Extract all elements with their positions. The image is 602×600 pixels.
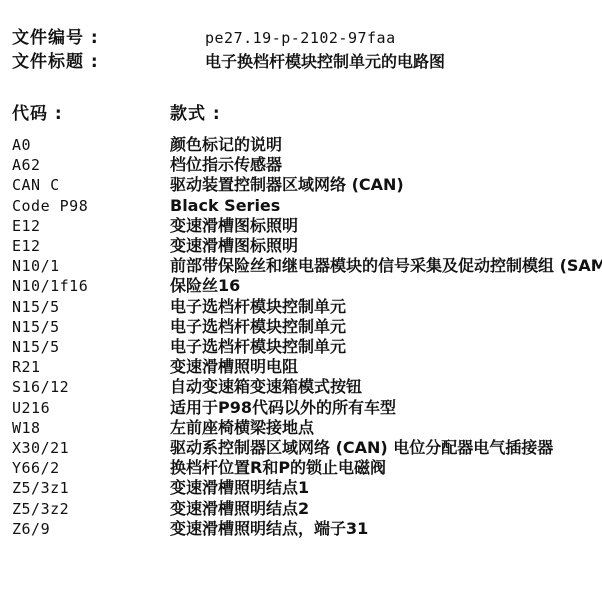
list-item: N15/5 电子选档杆模块控制单元 [12, 297, 598, 317]
doc-title-label: 文件标题 : [12, 51, 205, 74]
entry-code: N10/1 [12, 256, 170, 276]
entry-code: Y66/2 [12, 458, 170, 478]
entry-code: A62 [12, 155, 170, 175]
document-page: 文件编号 : pe27.19-p-2102-97faa 文件标题 : 电子换档杆… [0, 0, 602, 600]
entry-code: N15/5 [12, 317, 170, 337]
entry-desc: 电子选档杆模块控制单元 [170, 317, 346, 337]
entry-desc: 档位指示传感器 [170, 155, 282, 175]
list-item: CAN C 驱动装置控制器区域网络 (CAN) [12, 175, 598, 195]
list-item: A0 颜色标记的说明 [12, 135, 598, 155]
entry-desc: 变速滑槽照明结点，端子31 [170, 519, 368, 539]
entry-code: Z5/3z2 [12, 499, 170, 519]
entry-desc: Black Series [170, 196, 280, 216]
entry-desc: 变速滑槽照明结点1 [170, 478, 309, 498]
entry-code: X30/21 [12, 438, 170, 458]
list-item: E12 变速滑槽图标照明 [12, 236, 598, 256]
column-headers: 代码 : 款式 : [12, 103, 598, 126]
entry-code: Code P98 [12, 196, 170, 216]
entry-code: E12 [12, 236, 170, 256]
list-item: N10/1 前部带保险丝和继电器模块的信号采集及促动控制模组 (SAM) [12, 256, 598, 276]
doc-number-label: 文件编号 : [12, 27, 205, 50]
entry-desc: 左前座椅横梁接地点 [170, 418, 314, 438]
entry-code: N10/1f16 [12, 276, 170, 296]
entry-desc: 驱动系控制器区域网络 (CAN) 电位分配器电气插接器 [170, 438, 553, 458]
entry-code: E12 [12, 216, 170, 236]
document-header: 文件编号 : pe27.19-p-2102-97faa 文件标题 : 电子换档杆… [12, 27, 598, 74]
entry-code: S16/12 [12, 377, 170, 397]
list-item: U216 适用于P98代码以外的所有车型 [12, 398, 598, 418]
entry-desc: 颜色标记的说明 [170, 135, 282, 155]
entry-desc: 前部带保险丝和继电器模块的信号采集及促动控制模组 (SAM) [170, 256, 602, 276]
style-column-header: 款式 : [170, 103, 221, 126]
entry-code: U216 [12, 398, 170, 418]
doc-title-value: 电子换档杆模块控制单元的电路图 [205, 50, 445, 73]
entry-desc: 电子选档杆模块控制单元 [170, 337, 346, 357]
list-item: S16/12 自动变速箱变速箱模式按钮 [12, 377, 598, 397]
entry-desc: 变速滑槽照明电阻 [170, 357, 298, 377]
list-item: Z5/3z1 变速滑槽照明结点1 [12, 478, 598, 498]
list-item: N15/5 电子选档杆模块控制单元 [12, 317, 598, 337]
entry-code: W18 [12, 418, 170, 438]
entry-desc: 变速滑槽照明结点2 [170, 499, 309, 519]
entry-code: Z5/3z1 [12, 478, 170, 498]
entry-desc: 变速滑槽图标照明 [170, 236, 298, 256]
list-item: N15/5 电子选档杆模块控制单元 [12, 337, 598, 357]
entry-code: R21 [12, 357, 170, 377]
list-item: Z6/9 变速滑槽照明结点，端子31 [12, 519, 598, 539]
list-item: Z5/3z2 变速滑槽照明结点2 [12, 499, 598, 519]
entry-code: N15/5 [12, 337, 170, 357]
list-item: R21 变速滑槽照明电阻 [12, 357, 598, 377]
list-item: Y66/2 换档杆位置R和P的锁止电磁阀 [12, 458, 598, 478]
entry-desc: 保险丝16 [170, 276, 240, 296]
code-list: A0 颜色标记的说明 A62 档位指示传感器 CAN C 驱动装置控制器区域网络… [12, 135, 598, 539]
list-item: A62 档位指示传感器 [12, 155, 598, 175]
list-item: W18 左前座椅横梁接地点 [12, 418, 598, 438]
doc-number-value: pe27.19-p-2102-97faa [205, 27, 396, 50]
code-column-header: 代码 : [12, 103, 170, 126]
list-item: N10/1f16 保险丝16 [12, 276, 598, 296]
list-item: Code P98 Black Series [12, 196, 598, 216]
list-item: E12 变速滑槽图标照明 [12, 216, 598, 236]
doc-title-row: 文件标题 : 电子换档杆模块控制单元的电路图 [12, 50, 598, 74]
entry-code: Z6/9 [12, 519, 170, 539]
entry-code: CAN C [12, 175, 170, 195]
list-item: X30/21 驱动系控制器区域网络 (CAN) 电位分配器电气插接器 [12, 438, 598, 458]
entry-desc: 适用于P98代码以外的所有车型 [170, 398, 396, 418]
entry-code: A0 [12, 135, 170, 155]
entry-code: N15/5 [12, 297, 170, 317]
entry-desc: 驱动装置控制器区域网络 (CAN) [170, 175, 404, 195]
entry-desc: 自动变速箱变速箱模式按钮 [170, 377, 362, 397]
entry-desc: 电子选档杆模块控制单元 [170, 297, 346, 317]
entry-desc: 换档杆位置R和P的锁止电磁阀 [170, 458, 386, 478]
entry-desc: 变速滑槽图标照明 [170, 216, 298, 236]
doc-number-row: 文件编号 : pe27.19-p-2102-97faa [12, 27, 598, 50]
